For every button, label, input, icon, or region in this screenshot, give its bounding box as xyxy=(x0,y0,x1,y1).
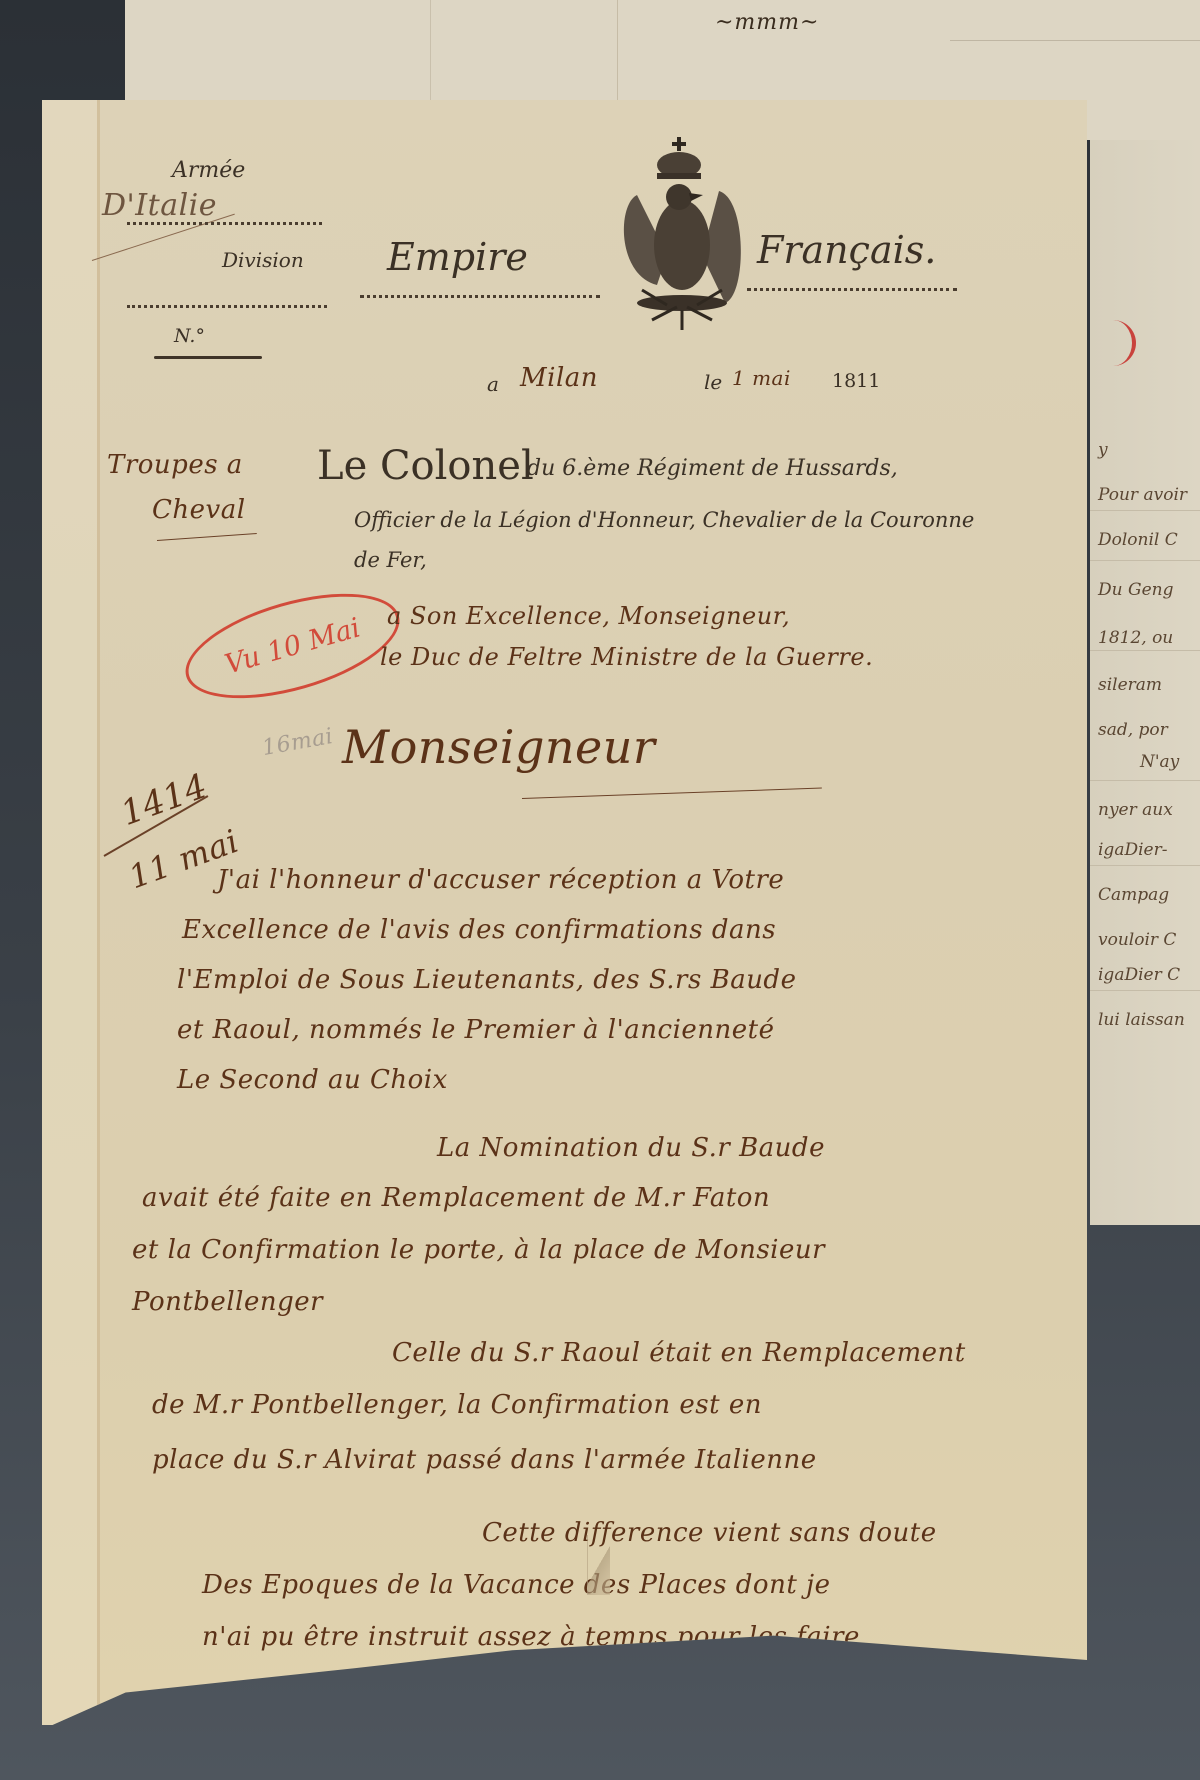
body-line: J'ai l'honneur d'accuser réception a Vot… xyxy=(217,865,784,895)
sender-regiment: du 6.ème Régiment de Hussards, xyxy=(527,456,898,481)
background-text-line: sileram xyxy=(1098,675,1162,695)
body-line: et la Confirmation le porte, à la place … xyxy=(132,1235,825,1265)
recipient-line2: le Duc de Feltre Ministre de la Guerre. xyxy=(380,643,873,671)
margin-fold xyxy=(97,100,100,1725)
ruled-line xyxy=(1090,990,1200,991)
date-prefix: le xyxy=(704,370,722,394)
background-text-line: Campag xyxy=(1098,885,1169,905)
pencil-note: 16mai xyxy=(260,724,335,761)
letter-page: Armée D'Italie Division N.° Empire Franç… xyxy=(42,100,1087,1725)
background-text-line: igaDier- xyxy=(1098,840,1167,860)
background-text-line: y xyxy=(1098,440,1108,460)
margin-branch-line1: Troupes a xyxy=(107,450,243,480)
place-prefix: a xyxy=(487,372,499,396)
ruled-line xyxy=(1090,560,1200,561)
date-year: 1811 xyxy=(832,370,880,392)
body-line: Excellence de l'avis des confirmations d… xyxy=(182,915,776,945)
background-text-line: Pour avoir xyxy=(1098,485,1187,505)
armee-value: D'Italie xyxy=(102,188,217,223)
sender-title: Le Colonel xyxy=(317,443,534,489)
recipient-line1: a Son Excellence, Monseigneur, xyxy=(387,602,790,630)
background-text-line: N'ay xyxy=(1140,752,1179,772)
signature-flourish: ~mmm~ xyxy=(715,10,819,35)
empire-title-left: Empire xyxy=(387,235,528,279)
body-line: l'Emploi de Sous Lieutenants, des S.rs B… xyxy=(177,965,796,995)
body-line: de M.r Pontbellenger, la Confirmation es… xyxy=(152,1390,762,1420)
armee-label: Armée xyxy=(172,158,245,183)
background-text-line: nyer aux xyxy=(1098,800,1173,820)
body-line: place du S.r Alvirat passé dans l'armée … xyxy=(152,1445,817,1475)
background-text-line: igaDier C xyxy=(1098,965,1180,985)
red-seal-mark xyxy=(1110,320,1136,366)
dotted-rule xyxy=(747,288,957,291)
date-value: 1 mai xyxy=(732,366,791,390)
background-document-right: y Pour avoir Dolonil C Du Geng 1812, ou … xyxy=(1090,140,1200,1225)
place-value: Milan xyxy=(520,363,598,393)
body-line: Cette difference vient sans doute xyxy=(482,1518,937,1548)
salutation: Monseigneur xyxy=(342,720,655,774)
salutation-flourish xyxy=(522,788,822,799)
margin-branch-line2: Cheval xyxy=(152,495,246,525)
empire-title-right: Français. xyxy=(757,228,936,272)
dotted-rule xyxy=(127,305,327,308)
background-text-line: Dolonil C xyxy=(1098,530,1178,550)
dotted-rule xyxy=(127,222,322,225)
fold-line xyxy=(430,0,431,110)
body-line: Des Epoques de la Vacance des Places don… xyxy=(202,1570,831,1600)
stamp-text: Vu 10 Mai xyxy=(221,612,363,680)
body-line: n'ai pu être instruit assez à temps pour… xyxy=(202,1622,860,1652)
sender-honors-cont: de Fer, xyxy=(354,548,427,572)
fold-line xyxy=(617,0,618,110)
ruled-line xyxy=(1090,865,1200,866)
ruled-line xyxy=(950,40,1200,41)
background-text-line: Du Geng xyxy=(1098,580,1173,600)
background-text-line: lui laissan xyxy=(1098,1010,1185,1030)
margin-strip xyxy=(42,100,97,1725)
background-text-line: 1812, ou xyxy=(1098,628,1173,648)
received-stamp: Vu 10 Mai xyxy=(174,573,411,719)
body-line: Le Second au Choix xyxy=(177,1065,448,1095)
ruled-line xyxy=(1090,650,1200,651)
division-label: Division xyxy=(222,248,304,272)
imperial-eagle-icon xyxy=(597,135,767,335)
paper-tear xyxy=(587,1535,610,1595)
numero-underline xyxy=(154,356,262,359)
sender-honors: Officier de la Légion d'Honneur, Chevali… xyxy=(354,508,974,532)
ruled-line xyxy=(1090,510,1200,511)
background-text-line: vouloir C xyxy=(1098,930,1176,950)
body-line: La Nomination du S.r Baude xyxy=(437,1133,825,1163)
body-line: avait été faite en Remplacement de M.r F… xyxy=(142,1183,770,1213)
body-line: Celle du S.r Raoul était en Remplacement xyxy=(392,1338,966,1368)
background-text-line: sad, por xyxy=(1098,720,1168,740)
dotted-rule xyxy=(360,295,600,298)
body-line: Pontbellenger xyxy=(132,1287,323,1317)
body-line: et Raoul, nommés le Premier à l'ancienne… xyxy=(177,1015,775,1045)
numero-label: N.° xyxy=(174,325,205,347)
pen-stroke xyxy=(157,533,257,541)
ruled-line xyxy=(1090,780,1200,781)
